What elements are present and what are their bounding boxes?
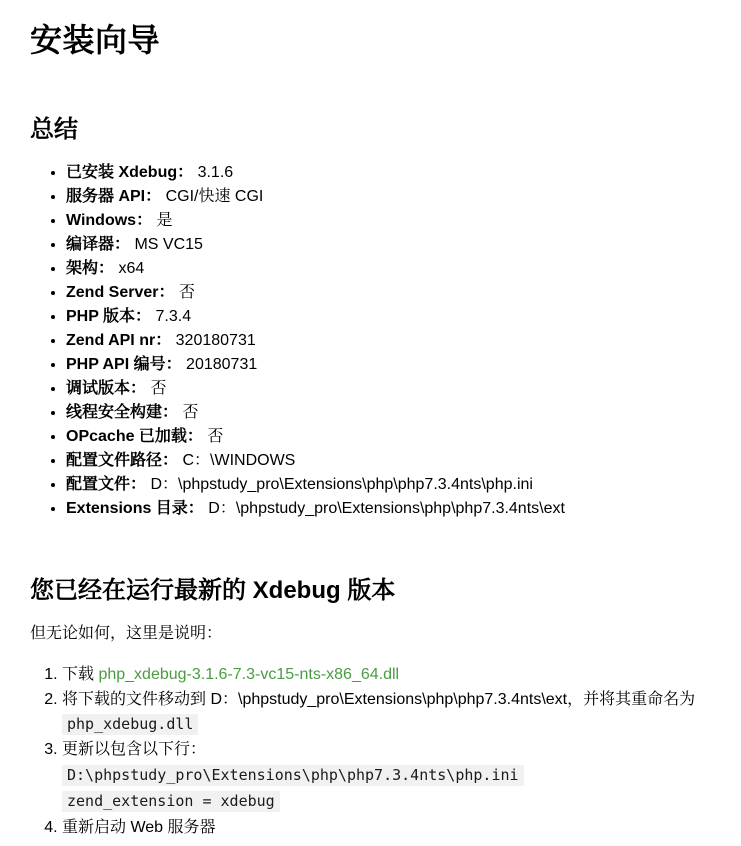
summary-label: Zend API nr：: [66, 332, 171, 349]
summary-item-debug-build: 调试版本： 否: [66, 377, 707, 401]
summary-item-compiler: 编译器： MS VC15: [66, 233, 707, 257]
summary-item-extensions-dir: Extensions 目录： D：\phpstudy_pro\Extension…: [66, 497, 707, 521]
summary-item-php-version: PHP 版本： 7.3.4: [66, 305, 707, 329]
summary-value: 否: [207, 428, 223, 445]
summary-value: D：\phpstudy_pro\Extensions\php\php7.3.4n…: [208, 500, 565, 517]
wizard-page: 安装向导 总结 已安装 Xdebug： 3.1.6 服务器 API： CGI/快…: [0, 0, 741, 846]
summary-item-opcache: OPcache 已加载： 否: [66, 425, 707, 449]
summary-value: 7.3.4: [156, 308, 192, 325]
summary-value: 3.1.6: [198, 164, 234, 181]
zend-extension-code: zend_extension = xdebug: [62, 791, 280, 812]
summary-label: 线程安全构建：: [66, 404, 178, 421]
step-move-rename: 将下载的文件移动到 D：\phpstudy_pro\Extensions\php…: [62, 687, 707, 737]
summary-list: 已安装 Xdebug： 3.1.6 服务器 API： CGI/快速 CGI Wi…: [30, 161, 707, 521]
step-move-text: 将下载的文件移动到 D：\phpstudy_pro\Extensions\php…: [62, 691, 695, 708]
download-link[interactable]: php_xdebug-3.1.6-7.3-vc15-nts-x86_64.dll: [98, 666, 399, 683]
step-download-text: 下载: [62, 666, 98, 683]
summary-item-thread-safe: 线程安全构建： 否: [66, 401, 707, 425]
summary-item-windows: Windows： 是: [66, 209, 707, 233]
summary-label: Windows：: [66, 212, 152, 229]
summary-value: 否: [179, 284, 195, 301]
summary-label: 配置文件：: [66, 476, 146, 493]
summary-item-server-api: 服务器 API： CGI/快速 CGI: [66, 185, 707, 209]
summary-label: Extensions 目录：: [66, 500, 204, 517]
summary-label: 编译器：: [66, 236, 130, 253]
ini-path-code-row: D:\phpstudy_pro\Extensions\php\php7.3.4n…: [62, 763, 707, 788]
dll-filename-code: php_xdebug.dll: [62, 714, 198, 735]
summary-item-zend-api-nr: Zend API nr： 320180731: [66, 329, 707, 353]
step-restart-text: 重新启动 Web 服务器: [62, 819, 216, 836]
summary-label: Zend Server：: [66, 284, 175, 301]
step-update-text: 更新以包含以下行：: [62, 741, 206, 758]
summary-value: 是: [157, 212, 173, 229]
latest-version-heading: 您已经在运行最新的 Xdebug 版本: [30, 575, 707, 606]
summary-value: 否: [150, 380, 166, 397]
summary-value: CGI/快速 CGI: [166, 188, 264, 205]
instruction-list: 下载 php_xdebug-3.1.6-7.3-vc15-nts-x86_64.…: [30, 662, 707, 840]
summary-value: 20180731: [186, 356, 257, 373]
summary-label: OPcache 已加载：: [66, 428, 203, 445]
summary-item-zend-server: Zend Server： 否: [66, 281, 707, 305]
summary-value: x64: [118, 260, 144, 277]
summary-label: 服务器 API：: [66, 188, 161, 205]
summary-label: PHP API 编号：: [66, 356, 182, 373]
intro-text: 但无论如何，这里是说明：: [30, 622, 707, 646]
summary-item-xdebug-installed: 已安装 Xdebug： 3.1.6: [66, 161, 707, 185]
summary-item-architecture: 架构： x64: [66, 257, 707, 281]
summary-label: PHP 版本：: [66, 308, 151, 325]
summary-label: 架构：: [66, 260, 114, 277]
summary-value: D：\phpstudy_pro\Extensions\php\php7.3.4n…: [150, 476, 532, 493]
summary-heading: 总结: [30, 114, 707, 145]
summary-item-php-api-nr: PHP API 编号： 20180731: [66, 353, 707, 377]
summary-item-config-file: 配置文件： D：\phpstudy_pro\Extensions\php\php…: [66, 473, 707, 497]
summary-item-config-path: 配置文件路径： C：\WINDOWS: [66, 449, 707, 473]
ini-path-code: D:\phpstudy_pro\Extensions\php\php7.3.4n…: [62, 765, 524, 786]
summary-label: 配置文件路径：: [66, 452, 178, 469]
summary-value: MS VC15: [134, 236, 202, 253]
step-restart: 重新启动 Web 服务器: [62, 815, 707, 840]
summary-label: 已安装 Xdebug：: [66, 164, 193, 181]
summary-value: 320180731: [176, 332, 256, 349]
page-title: 安装向导: [30, 20, 707, 60]
step-update-ini: 更新以包含以下行： D:\phpstudy_pro\Extensions\php…: [62, 737, 707, 814]
summary-value: C：\WINDOWS: [182, 452, 295, 469]
summary-label: 调试版本：: [66, 380, 146, 397]
step-download: 下载 php_xdebug-3.1.6-7.3-vc15-nts-x86_64.…: [62, 662, 707, 687]
summary-value: 否: [182, 404, 198, 421]
zend-extension-code-row: zend_extension = xdebug: [62, 789, 707, 814]
